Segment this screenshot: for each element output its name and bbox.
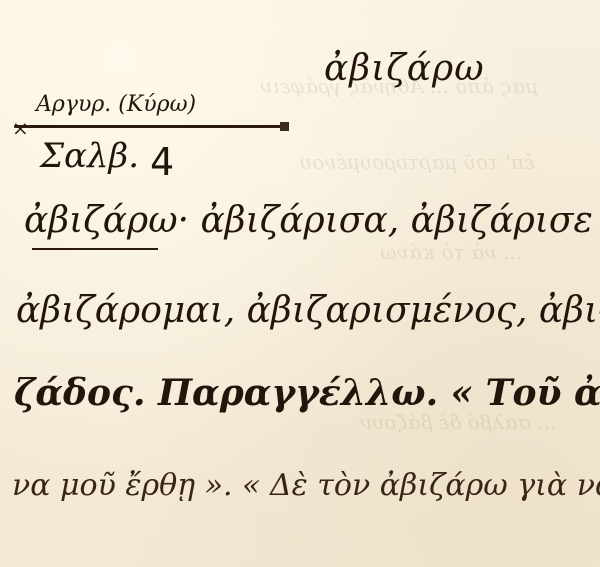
text-line-4: να μοῦ ἔρθῃ ». « Δὲ τὸν ἀβιζάρω γιὰ νὰ [12, 468, 600, 503]
cross-mark-icon: × [12, 116, 29, 140]
reference-number: 4 [150, 140, 174, 184]
divider-rule [14, 125, 289, 128]
headword: ἀβιζάρω [324, 48, 485, 89]
bleed-through-text: ἐπ' τοῦ μαρτυρουμένου [300, 150, 535, 174]
ink-blot [280, 122, 289, 131]
source-note: Αργυρ. (Κύρω) [36, 92, 196, 117]
reference-label: Σαλβ. [40, 136, 139, 176]
bleed-through-text: ... νὰ τὸ κάνω [380, 240, 522, 264]
manuscript-page: μας ἀπὸ ... Ἀθηνᾶς γράφειν ἐπ' τοῦ μαρτυ… [0, 0, 600, 567]
text-line-3: ζάδος. Παραγγέλλω. « Τοῦ ἀβιζάρισε [14, 372, 600, 414]
text-line-1: ἀβιζάρω· ἀβιζάρισα, ἀβιζάρισε [24, 200, 593, 241]
text-line-2: ἀβιζάρομαι, ἀβιζαρισμένος, ἀβι- [16, 290, 600, 331]
headword-underline [32, 248, 158, 250]
